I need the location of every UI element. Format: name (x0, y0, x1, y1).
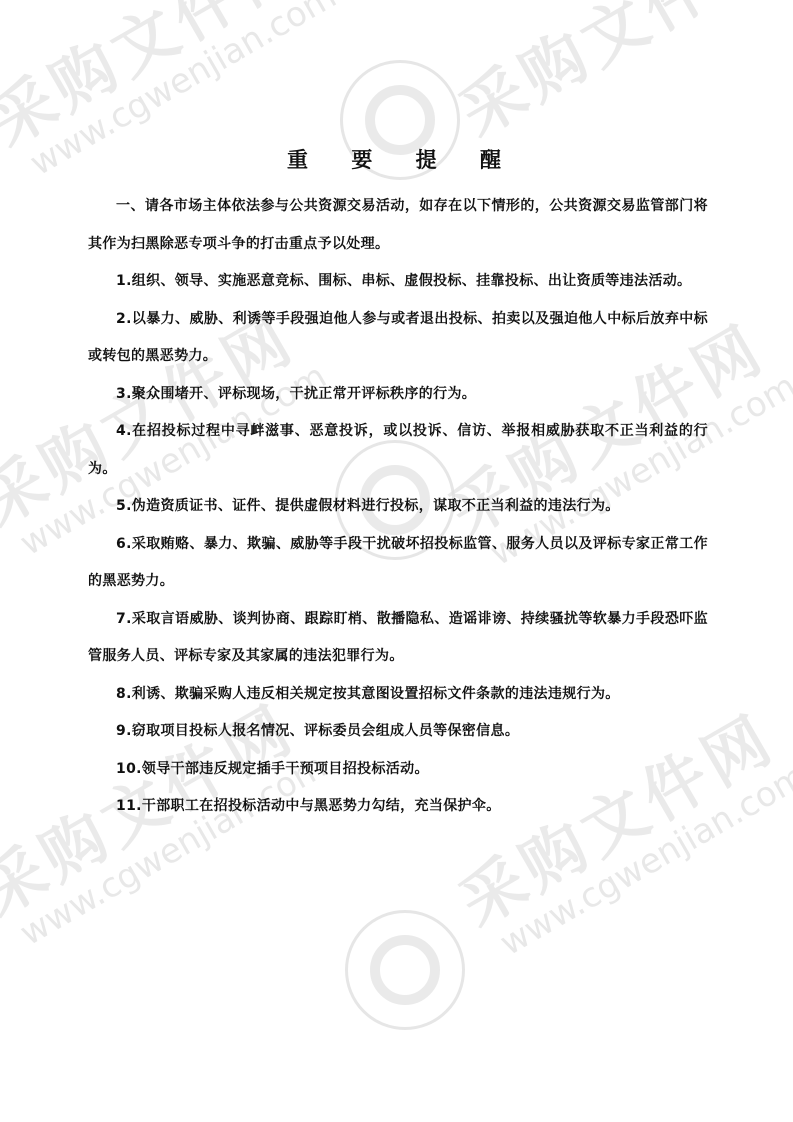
watermark-seal-icon (345, 910, 465, 1030)
document-body: 重 要 提 醒 一、请各市场主体依法参与公共资源交易活动，如存在以下情形的，公共… (88, 140, 708, 826)
list-item: 5.伪造资质证书、证件、提供虚假材料进行投标，谋取不正当利益的违法行为。 (88, 488, 708, 526)
watermark-text: 采购文件网 (440, 0, 789, 153)
list-item: 8.利诱、欺骗采购人违反相关规定按其意图设置招标文件条款的违法违规行为。 (88, 676, 708, 714)
watermark-text: 采购文件网 (0, 0, 320, 163)
list-item: 1.组织、领导、实施恶意竞标、围标、串标、虚假投标、挂靠投标、出让资质等违法活动… (88, 263, 708, 301)
list-item: 4.在招投标过程中寻衅滋事、恶意投诉，或以投诉、信访、举报相威胁获取不正当利益的… (88, 413, 708, 488)
intro-paragraph: 一、请各市场主体依法参与公共资源交易活动，如存在以下情形的，公共资源交易监管部门… (88, 188, 708, 263)
list-item: 11.干部职工在招投标活动中与黑恶势力勾结，充当保护伞。 (88, 788, 708, 826)
list-item: 2.以暴力、威胁、利诱等手段强迫他人参与或者退出投标、拍卖以及强迫他人中标后放弃… (88, 301, 708, 376)
list-item: 3.聚众围堵开、评标现场，干扰正常开评标秩序的行为。 (88, 376, 708, 414)
list-item: 6.采取贿赂、暴力、欺骗、威胁等手段干扰破坏招投标监管、服务人员以及评标专家正常… (88, 526, 708, 601)
document-title: 重 要 提 醒 (98, 144, 708, 170)
list-item: 7.采取言语威胁、谈判协商、跟踪盯梢、散播隐私、造谣诽谤、持续骚扰等软暴力手段恐… (88, 601, 708, 676)
list-item: 10.领导干部违反规定插手干预项目招投标活动。 (88, 751, 708, 789)
list-item: 9.窃取项目投标人报名情况、评标委员会组成人员等保密信息。 (88, 713, 708, 751)
